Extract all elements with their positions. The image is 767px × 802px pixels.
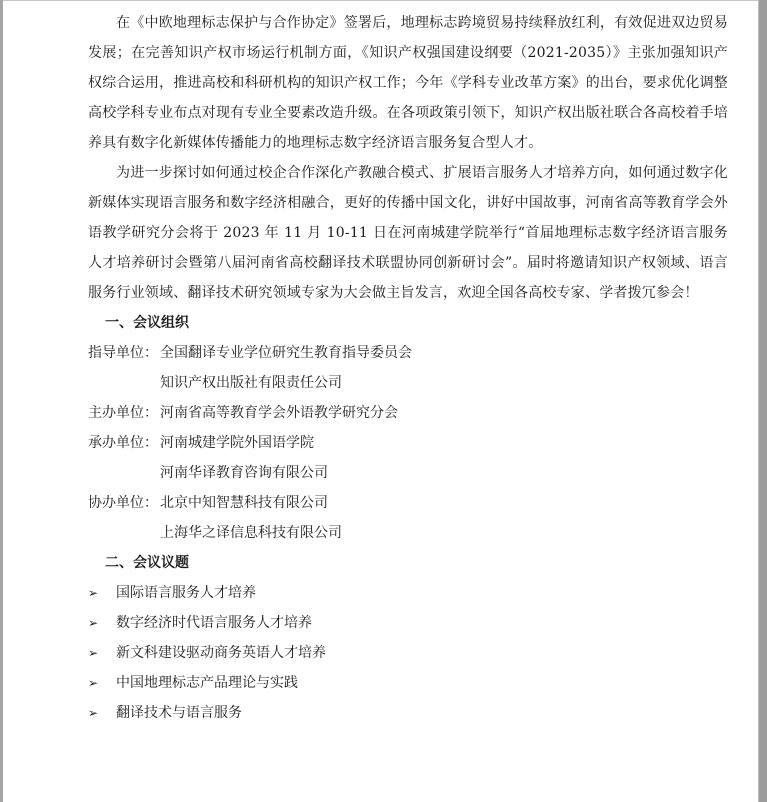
org-label: 主办单位： [88,398,160,428]
org-value: 全国翻译专业学位研究生教育指导委员会 [160,338,412,368]
org-value: 知识产权出版社有限责任公司 [160,368,342,398]
org-value: 北京中知智慧科技有限公司 [160,488,328,518]
org-value: 河南城建学院外国语学院 [160,428,314,458]
org-label [88,458,160,488]
topic-text: 国际语言服务人才培养 [116,578,256,608]
org-label [88,368,160,398]
arrow-bullet-icon: ➢ [88,698,116,728]
arrow-bullet-icon: ➢ [88,668,116,698]
intro-paragraph-2: 为进一步探讨如何通过校企合作深化产教融合模式、扩展语言服务人才培养方向，如何通过… [88,158,728,308]
org-row: 知识产权出版社有限责任公司 [88,368,728,398]
left-margin-bar [0,0,3,802]
org-label [88,518,160,548]
org-label: 协办单位： [88,488,160,518]
topic-text: 数字经济时代语言服务人才培养 [116,608,312,638]
org-row: 指导单位：全国翻译专业学位研究生教育指导委员会 [88,338,728,368]
org-row: 协办单位：北京中知智慧科技有限公司 [88,488,728,518]
arrow-bullet-icon: ➢ [88,638,116,668]
list-item: ➢翻译技术与语言服务 [88,698,728,728]
list-item: ➢新文科建设驱动商务英语人才培养 [88,638,728,668]
topics-list: ➢国际语言服务人才培养 ➢数字经济时代语言服务人才培养 ➢新文科建设驱动商务英语… [88,578,728,728]
org-row: 承办单位：河南城建学院外国语学院 [88,428,728,458]
org-value: 河南省高等教育学会外语教学研究分会 [160,398,398,428]
org-value: 上海华之译信息科技有限公司 [160,518,342,548]
page-top-edge [0,0,767,1]
arrow-bullet-icon: ➢ [88,608,116,638]
org-value: 河南华译教育咨询有限公司 [160,458,328,488]
topic-text: 新文科建设驱动商务英语人才培养 [116,638,326,668]
document-page: 在《中欧地理标志保护与合作协定》签署后，地理标志跨境贸易持续释放红利，有效促进双… [88,8,728,728]
arrow-bullet-icon: ➢ [88,578,116,608]
list-item: ➢中国地理标志产品理论与实践 [88,668,728,698]
section-heading-organization: 一、会议组织 [88,308,728,338]
organization-list: 指导单位：全国翻译专业学位研究生教育指导委员会 知识产权出版社有限责任公司 主办… [88,338,728,548]
org-label: 承办单位： [88,428,160,458]
org-row: 河南华译教育咨询有限公司 [88,458,728,488]
topic-text: 中国地理标志产品理论与实践 [116,668,298,698]
org-row: 主办单位：河南省高等教育学会外语教学研究分会 [88,398,728,428]
org-row: 上海华之译信息科技有限公司 [88,518,728,548]
list-item: ➢国际语言服务人才培养 [88,578,728,608]
list-item: ➢数字经济时代语言服务人才培养 [88,608,728,638]
section-heading-topics: 二、会议议题 [88,548,728,578]
org-label: 指导单位： [88,338,160,368]
intro-paragraph-1: 在《中欧地理标志保护与合作协定》签署后，地理标志跨境贸易持续释放红利，有效促进双… [88,8,728,158]
vertical-scrollbar[interactable] [758,0,767,802]
topic-text: 翻译技术与语言服务 [116,698,242,728]
